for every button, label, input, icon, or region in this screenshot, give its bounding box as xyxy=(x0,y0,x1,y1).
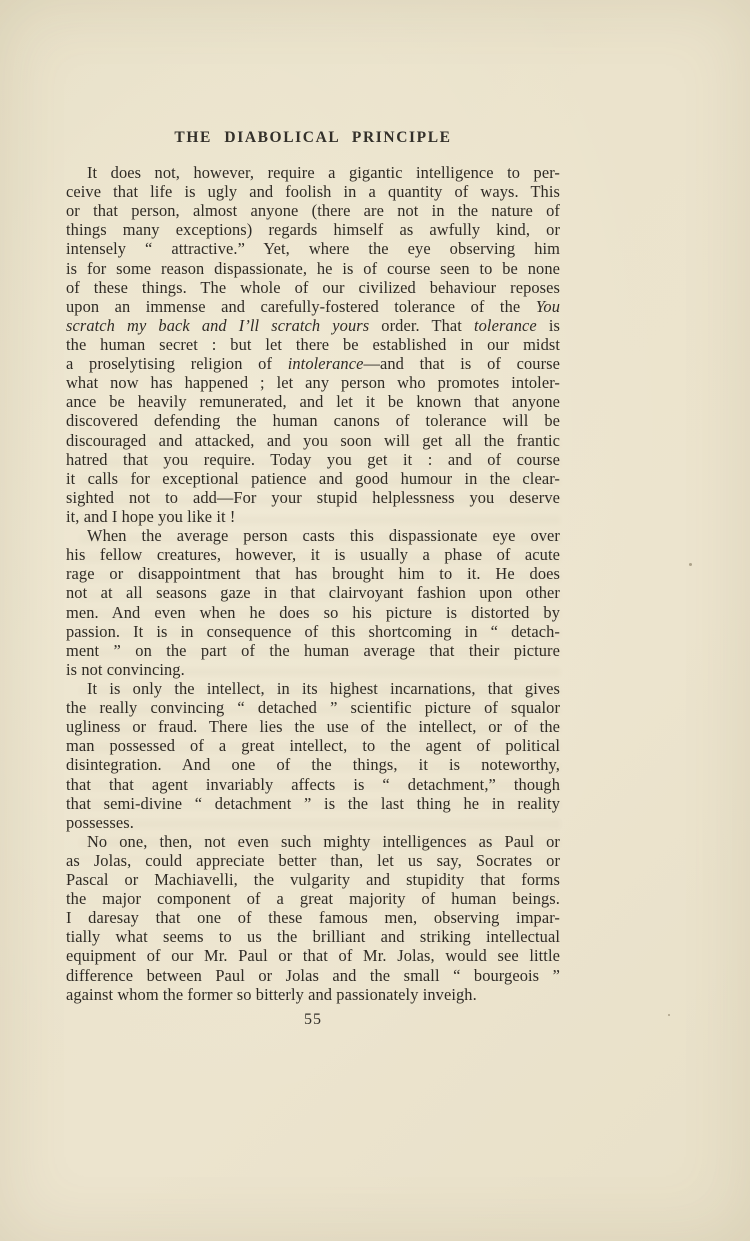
text-line: possesses. xyxy=(66,813,560,832)
text-line: or that person, almost anyone (there are… xyxy=(66,201,560,220)
paper-speck xyxy=(668,1014,670,1016)
text-line: difference between Paul or Jolas and the… xyxy=(66,966,560,985)
text-line: is for some reason dispassionate, he is … xyxy=(66,259,560,278)
text-line: intensely “ attractive.” Yet, where the … xyxy=(66,239,560,258)
text-line: of these things. The whole of our civili… xyxy=(66,278,560,297)
text-line: the human secret : but let there be esta… xyxy=(66,335,560,354)
text-line: ment ” on the part of the human average … xyxy=(66,641,560,660)
text-line: I daresay that one of these famous men, … xyxy=(66,908,560,927)
text-line: upon an immense and carefully-fostered t… xyxy=(66,297,560,316)
text-line: that that agent invariably affects is “ … xyxy=(66,775,560,794)
text-line: against whom the former so bitterly and … xyxy=(66,985,560,1004)
text-line: not at all seasons gaze in that clairvoy… xyxy=(66,583,560,602)
running-head: THE DIABOLICAL PRINCIPLE xyxy=(66,129,560,147)
text-line: as Jolas, could appreciate better than, … xyxy=(66,851,560,870)
page-number: 55 xyxy=(66,1011,560,1029)
text-line: discovered defending the human canons of… xyxy=(66,411,560,430)
text-line: the really convincing “ detached ” scien… xyxy=(66,698,560,717)
text-line: it, and I hope you like it ! xyxy=(66,507,560,526)
paragraph: When the average person casts this dispa… xyxy=(66,526,560,679)
paragraph: No one, then, not even such mighty intel… xyxy=(66,832,560,1004)
text-line: man possessed of a great intellect, to t… xyxy=(66,736,560,755)
text-line: It does not, however, require a gigantic… xyxy=(66,163,560,182)
paragraph: It does not, however, require a gigantic… xyxy=(66,163,560,526)
text-line: men. And even when he does so his pictur… xyxy=(66,603,560,622)
text-line: It is only the intellect, in its highest… xyxy=(66,679,560,698)
body-text: It does not, however, require a gigantic… xyxy=(66,163,560,1004)
text-line: the major component of a great majority … xyxy=(66,889,560,908)
text-line: hatred that you require. Today you get i… xyxy=(66,450,560,469)
text-line: a proselytising religion of intolerance—… xyxy=(66,354,560,373)
text-line: rage or disappointment that has brought … xyxy=(66,564,560,583)
text-line: equipment of our Mr. Paul or that of Mr.… xyxy=(66,946,560,965)
text-line: that semi-divine “ detachment ” is the l… xyxy=(66,794,560,813)
text-line: is not convincing. xyxy=(66,660,560,679)
book-page-scan: THE DIABOLICAL PRINCIPLE It does not, ho… xyxy=(0,0,750,1241)
text-line: scratch my back and I’ll scratch yours o… xyxy=(66,316,560,335)
text-line: things many exceptions) regards himself … xyxy=(66,220,560,239)
text-line: ance be heavily remunerated, and let it … xyxy=(66,392,560,411)
text-line: disintegration. And one of the things, i… xyxy=(66,755,560,774)
text-line: what now has happened ; let any person w… xyxy=(66,373,560,392)
text-line: passion. It is in consequence of this sh… xyxy=(66,622,560,641)
text-line: ceive that life is ugly and foolish in a… xyxy=(66,182,560,201)
text-line: Pascal or Machiavelli, the vulgarity and… xyxy=(66,870,560,889)
paper-speck xyxy=(689,563,692,566)
paragraph: It is only the intellect, in its highest… xyxy=(66,679,560,832)
text-line: When the average person casts this dispa… xyxy=(66,526,560,545)
text-line: it calls for exceptional patience and go… xyxy=(66,469,560,488)
text-line: No one, then, not even such mighty intel… xyxy=(66,832,560,851)
text-line: ugliness or fraud. There lies the use of… xyxy=(66,717,560,736)
text-line: his fellow creatures, however, it is usu… xyxy=(66,545,560,564)
text-line: sighted not to add—For your stupid helpl… xyxy=(66,488,560,507)
text-line: discouraged and attacked, and you soon w… xyxy=(66,431,560,450)
text-line: tially what seems to us the brilliant an… xyxy=(66,927,560,946)
